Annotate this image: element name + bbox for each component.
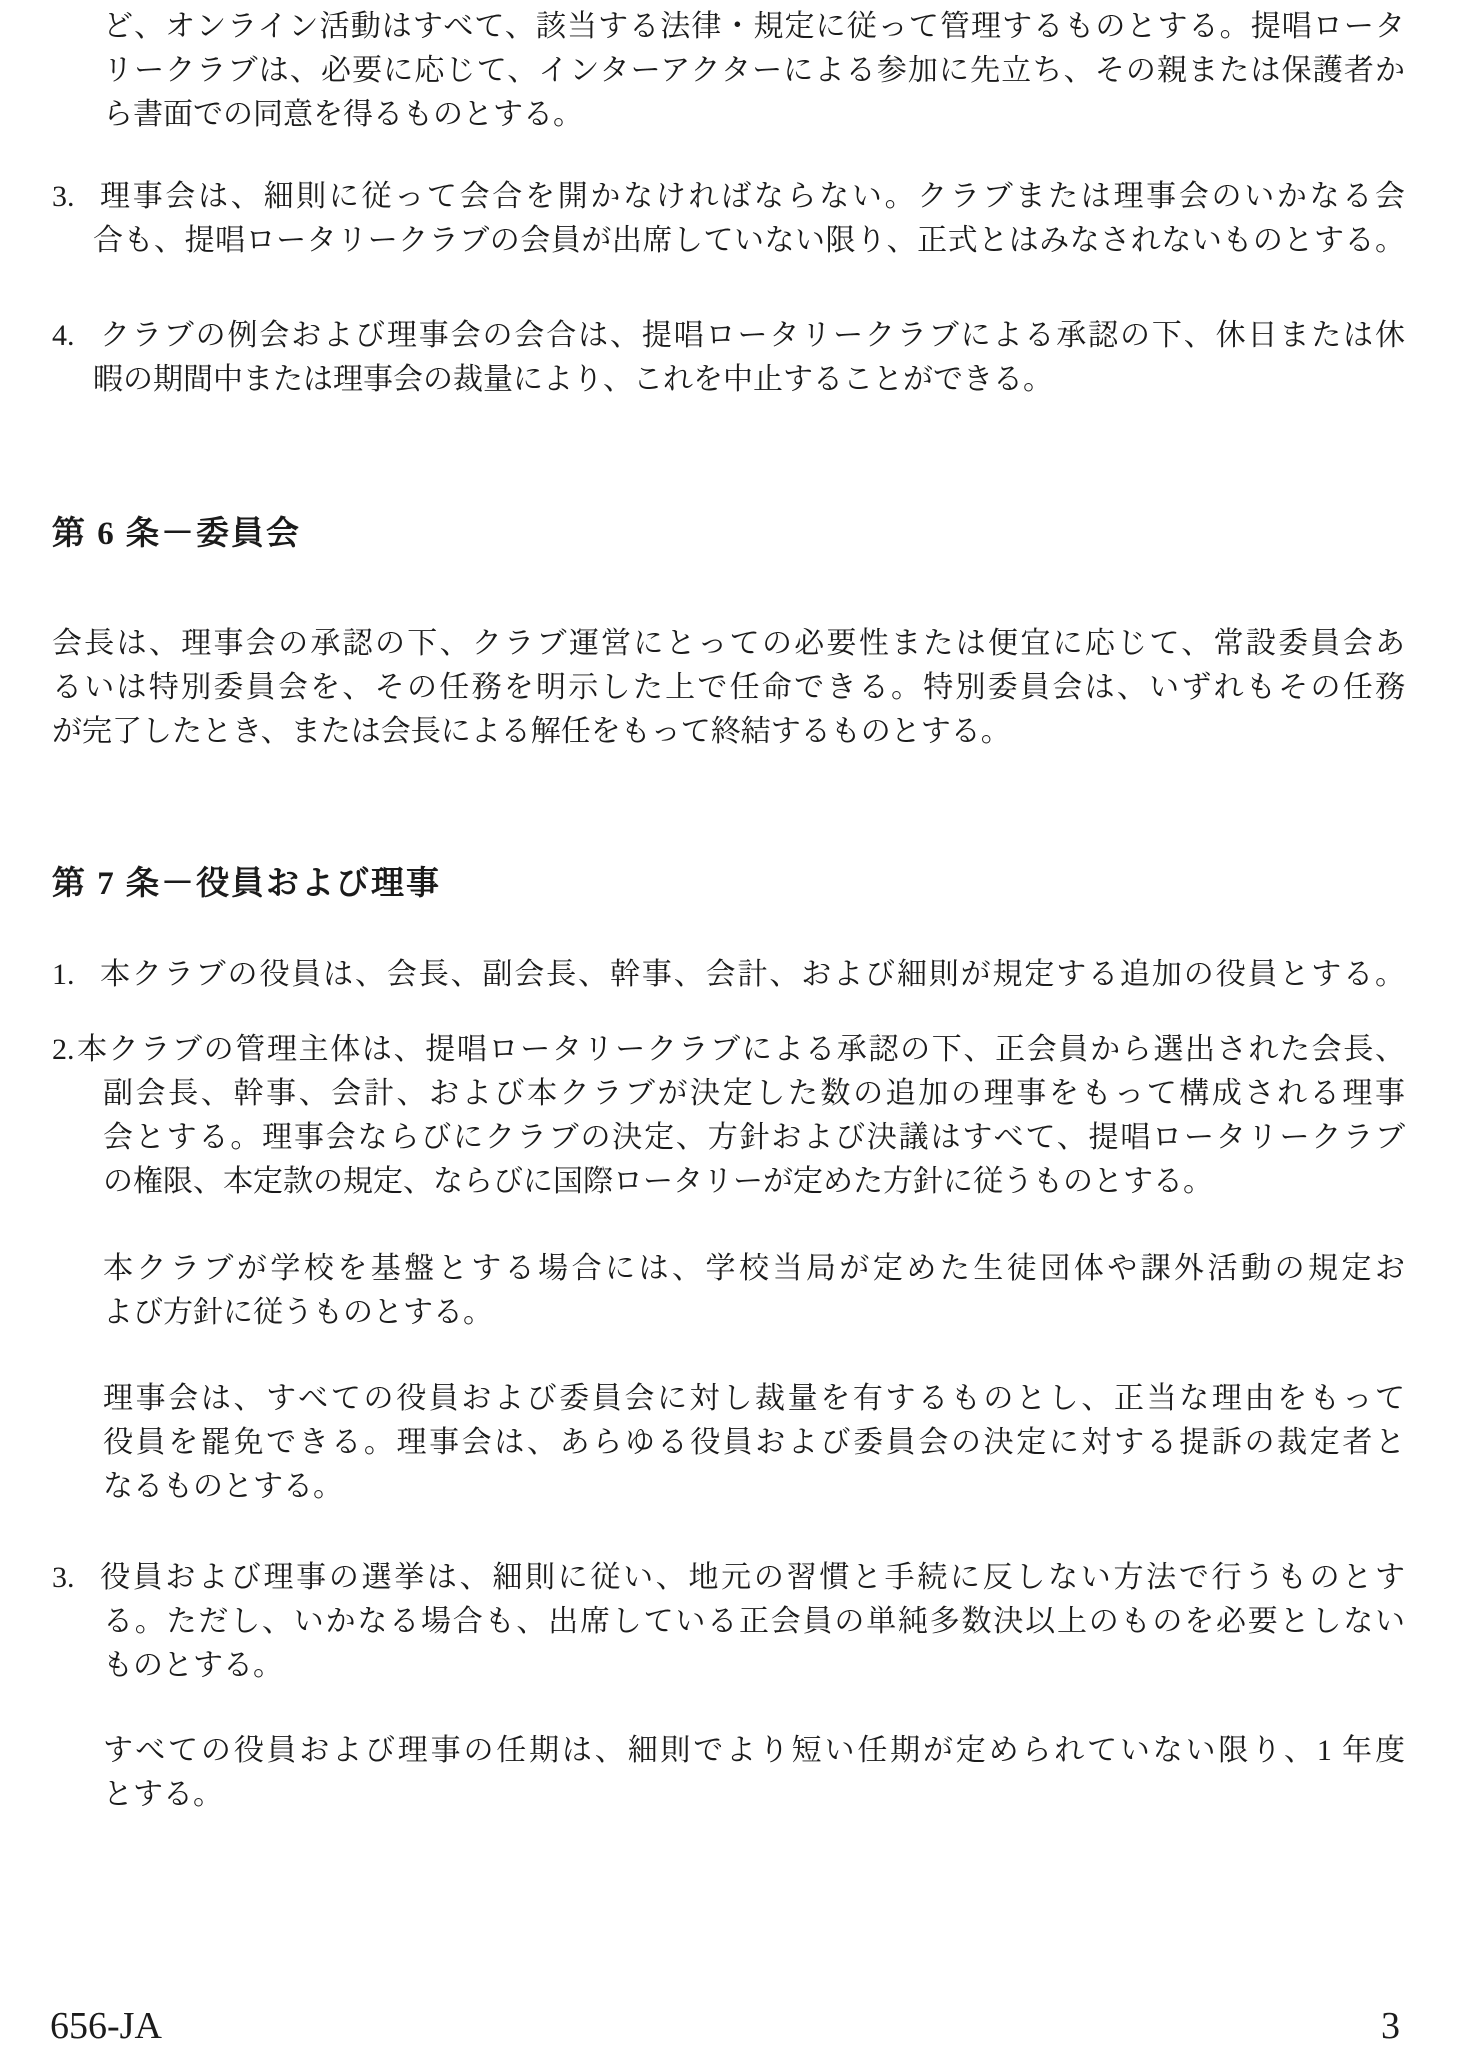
text-line: 本クラブが学校を基盤とする場合には、学校当局が定めた生徒団体や課外活動の規定お xyxy=(103,1247,1405,1291)
text-line: 本クラブの管理主体は、提唱ロータリークラブによる承認の下、正会員から選出された会… xyxy=(77,1028,1405,1072)
text-line: 副会長、幹事、会計、および本クラブが決定した数の追加の理事をもって構成される理事 xyxy=(103,1072,1405,1116)
footer-doc-code: 656-JA xyxy=(50,2006,162,2046)
text-line: 暇の期間中または理事会の裁量により、これを中止することができる。 xyxy=(93,358,1405,402)
article7-item2-school-paragraph: 本クラブが学校を基盤とする場合には、学校当局が定めた生徒団体や課外活動の規定お … xyxy=(103,1247,1405,1335)
text-line: ら書面での同意を得るものとする。 xyxy=(103,93,1405,137)
text-line: 役員および理事の選挙は、細則に従い、地元の習慣と手続に反しない方法で行うものとす xyxy=(100,1556,1405,1600)
article5-item-3: 3. 理事会は、細則に従って会合を開かなければならない。クラブまたは理事会のいか… xyxy=(52,175,1405,263)
article5-item-4: 4. クラブの例会および理事会の会合は、提唱ロータリークラブによる承認の下、休日… xyxy=(52,314,1405,402)
article7-heading: 第 7 条－役員および理事 xyxy=(52,862,441,906)
text-line: クラブの例会および理事会の会合は、提唱ロータリークラブによる承認の下、休日または… xyxy=(93,314,1405,358)
text-line: るいは特別委員会を、その任務を明示した上で任命できる。特別委員会は、いずれもその… xyxy=(52,666,1405,710)
article7-item-3: 3. 役員および理事の選挙は、細則に従い、地元の習慣と手続に反しない方法で行うも… xyxy=(52,1556,1405,1688)
text-line: リークラブは、必要に応じて、インターアクターによる参加に先立ち、その親または保護… xyxy=(103,49,1405,93)
text-line: が完了したとき、または会長による解任をもって終結するものとする。 xyxy=(52,710,1405,754)
document-page: ど、オンライン活動はすべて、該当する法律・規定に従って管理するものとする。提唱ロ… xyxy=(0,0,1460,2048)
article7-item-2: 2. 本クラブの管理主体は、提唱ロータリークラブによる承認の下、正会員から選出さ… xyxy=(52,1028,1405,1204)
article6-heading: 第 6 条－委員会 xyxy=(52,512,301,556)
text-line: 役員を罷免できる。理事会は、あらゆる役員および委員会の決定に対する提訴の裁定者と xyxy=(103,1421,1405,1465)
text-line: なるものとする。 xyxy=(103,1465,1405,1509)
text-line: の権限、本定款の規定、ならびに国際ロータリーが定めた方針に従うものとする。 xyxy=(103,1160,1405,1204)
list-number: 1. xyxy=(52,953,75,997)
text-line: ものとする。 xyxy=(103,1644,1405,1688)
article7-item-1: 1. 本クラブの役員は、会長、副会長、幹事、会計、および細則が規定する追加の役員… xyxy=(52,953,1405,997)
text-line: 会とする。理事会ならびにクラブの決定、方針および決議はすべて、提唱ロータリークラ… xyxy=(103,1116,1405,1160)
list-number: 3. xyxy=(52,1556,75,1600)
list-number: 3. xyxy=(52,175,75,219)
text-line: 理事会は、すべての役員および委員会に対し裁量を有するものとし、正当な理由をもって xyxy=(103,1377,1405,1421)
article5-continuation-paragraph: ど、オンライン活動はすべて、該当する法律・規定に従って管理するものとする。提唱ロ… xyxy=(103,5,1405,137)
article7-item2-board-paragraph: 理事会は、すべての役員および委員会に対し裁量を有するものとし、正当な理由をもって… xyxy=(103,1377,1405,1509)
text-line: 理事会は、細則に従って会合を開かなければならない。クラブまたは理事会のいかなる会 xyxy=(93,175,1405,219)
article6-body-paragraph: 会長は、理事会の承認の下、クラブ運営にとっての必要性または便宜に応じて、常設委員… xyxy=(52,622,1405,754)
text-line: よび方針に従うものとする。 xyxy=(103,1291,1405,1335)
text-line: ど、オンライン活動はすべて、該当する法律・規定に従って管理するものとする。提唱ロ… xyxy=(103,5,1405,49)
list-number: 4. xyxy=(52,314,75,358)
text-line: る。ただし、いかなる場合も、出席している正会員の単純多数決以上のものを必要としな… xyxy=(103,1600,1405,1644)
text-line: とする。 xyxy=(103,1773,1405,1817)
text-line: すべての役員および理事の任期は、細則でより短い任期が定められていない限り、1 年… xyxy=(103,1729,1405,1773)
list-number: 2. xyxy=(52,1028,75,1072)
text-line: 合も、提唱ロータリークラブの会員が出席していない限り、正式とはみなされないものと… xyxy=(93,219,1405,263)
footer-page-number: 3 xyxy=(1381,2006,1400,2046)
article7-item3-term-paragraph: すべての役員および理事の任期は、細則でより短い任期が定められていない限り、1 年… xyxy=(103,1729,1405,1817)
text-line: 本クラブの役員は、会長、副会長、幹事、会計、および細則が規定する追加の役員とする… xyxy=(100,953,1405,997)
text-line: 会長は、理事会の承認の下、クラブ運営にとっての必要性または便宜に応じて、常設委員… xyxy=(52,622,1405,666)
